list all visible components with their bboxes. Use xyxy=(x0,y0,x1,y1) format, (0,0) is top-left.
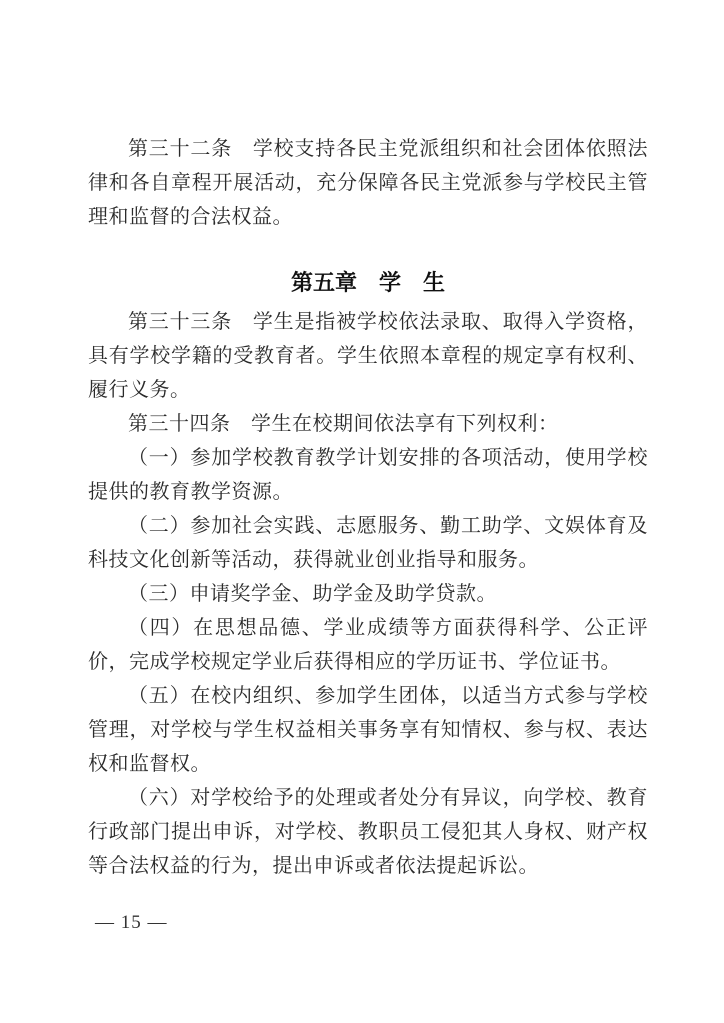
rights-item-1: （一）参加学校教育教学计划安排的各项活动，使用学校提供的教育教学资源。 xyxy=(88,441,648,509)
paragraph-article-32: 第三十二条 学校支持各民主党派组织和社会团体依照法律和各自章程开展活动，充分保障… xyxy=(88,132,648,234)
rights-item-3: （三）申请奖学金、助学金及助学贷款。 xyxy=(88,577,648,611)
document-body: 第三十二条 学校支持各民主党派组织和社会团体依照法律和各自章程开展活动，充分保障… xyxy=(88,132,648,883)
rights-item-4: （四）在思想品德、学业成绩等方面获得科学、公正评价，完成学校规定学业后获得相应的… xyxy=(88,611,648,679)
paragraph-article-34-intro: 第三十四条 学生在校期间依法享有下列权利： xyxy=(88,407,648,441)
page-number: — 15 — xyxy=(95,910,168,936)
chapter-five-heading: 第五章 学 生 xyxy=(88,266,648,300)
rights-item-2: （二）参加社会实践、志愿服务、勤工助学、文娱体育及科技文化创新等活动，获得就业创… xyxy=(88,509,648,577)
rights-item-6: （六）对学校给予的处理或者处分有异议，向学校、教育行政部门提出申诉，对学校、教职… xyxy=(88,781,648,883)
paragraph-article-33: 第三十三条 学生是指被学校依法录取、取得入学资格，具有学校学籍的受教育者。学生依… xyxy=(88,305,648,407)
document-page: 第三十二条 学校支持各民主党派组织和社会团体依照法律和各自章程开展活动，充分保障… xyxy=(0,0,724,1023)
rights-item-5: （五）在校内组织、参加学生团体，以适当方式参与学校管理，对学校与学生权益相关事务… xyxy=(88,679,648,781)
